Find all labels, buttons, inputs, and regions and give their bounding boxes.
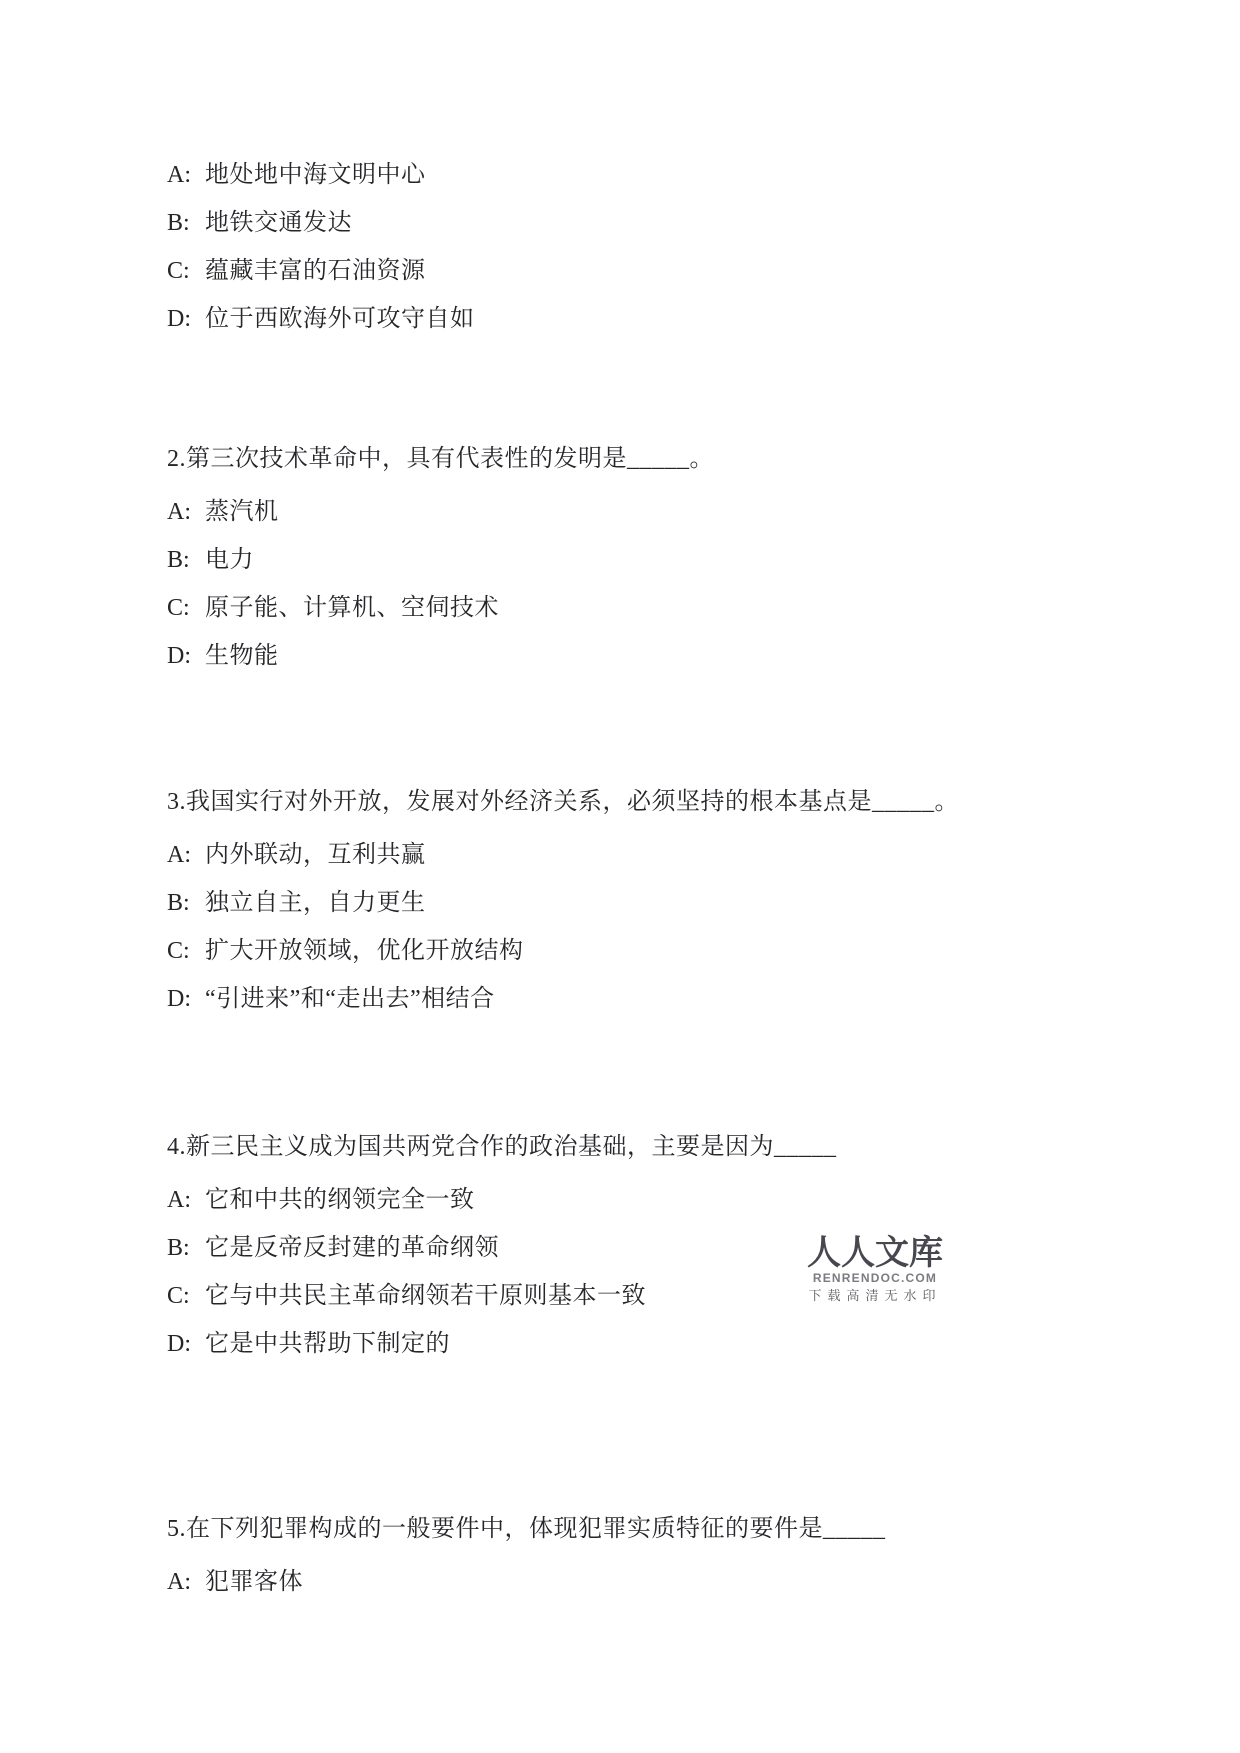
answer-option: C:扩大开放领域，优化开放结构 xyxy=(167,927,1200,975)
option-text: 它是中共帮助下制定的 xyxy=(205,1331,450,1357)
answer-option: D:“引进来”和“走出去”相结合 xyxy=(167,975,1200,1023)
option-letter: A: xyxy=(167,151,205,199)
option-letter: D: xyxy=(167,295,205,343)
question-stem: 2.第三次技术革命中，具有代表性的发明是_____。 xyxy=(167,435,1200,483)
question-stem: 3.我国实行对外开放，发展对外经济关系，必须坚持的根本基点是_____。 xyxy=(167,778,1200,826)
option-text: 蒸汽机 xyxy=(205,499,279,525)
option-letter: A: xyxy=(167,1176,205,1224)
option-text: 扩大开放领域，优化开放结构 xyxy=(205,938,524,964)
option-letter: D: xyxy=(167,632,205,680)
option-text: 它和中共的纲领完全一致 xyxy=(205,1187,475,1213)
answer-option: A:它和中共的纲领完全一致 xyxy=(167,1176,1200,1224)
answer-option: A:地处地中海文明中心 xyxy=(167,151,1200,199)
option-text: 犯罪客体 xyxy=(205,1569,303,1595)
answer-option: B:它是反帝反封建的革命纲领 xyxy=(167,1224,1200,1272)
option-letter: D: xyxy=(167,975,205,1023)
option-text: 原子能、计算机、空伺技术 xyxy=(205,595,499,621)
option-letter: B: xyxy=(167,536,205,584)
option-letter: C: xyxy=(167,1272,205,1320)
question-block: A:地处地中海文明中心B:地铁交通发达C:蕴藏丰富的石油资源D:位于西欧海外可攻… xyxy=(167,151,1200,343)
option-letter: C: xyxy=(167,927,205,975)
watermark-tagline-text: 下载高清无水印 xyxy=(804,1289,946,1302)
answer-option: D:生物能 xyxy=(167,632,1200,680)
option-letter: B: xyxy=(167,1224,205,1272)
option-letter: A: xyxy=(167,1558,205,1606)
answer-option: A:内外联动，互利共赢 xyxy=(167,831,1200,879)
option-text: 它与中共民主革命纲领若干原则基本一致 xyxy=(205,1283,646,1309)
answer-option: A:犯罪客体 xyxy=(167,1558,1200,1606)
answer-option: D:位于西欧海外可攻守自如 xyxy=(167,295,1200,343)
option-text: 地铁交通发达 xyxy=(205,210,352,236)
answer-option: B:电力 xyxy=(167,536,1200,584)
option-text: 电力 xyxy=(205,547,254,573)
answer-option: C:蕴藏丰富的石油资源 xyxy=(167,247,1200,295)
option-letter: A: xyxy=(167,831,205,879)
renrendoc-watermark: 人人文库 RENRENDOC.COM 下载高清无水印 xyxy=(804,1236,946,1302)
option-text: 独立自主，自力更生 xyxy=(205,890,426,916)
answer-option: A:蒸汽机 xyxy=(167,488,1200,536)
answer-option: C:原子能、计算机、空伺技术 xyxy=(167,584,1200,632)
question-block: 5.在下列犯罪构成的一般要件中，体现犯罪实质特征的要件是_____A:犯罪客体 xyxy=(167,1505,1200,1606)
option-letter: A: xyxy=(167,488,205,536)
option-text: 位于西欧海外可攻守自如 xyxy=(205,306,475,332)
exam-document-page: A:地处地中海文明中心B:地铁交通发达C:蕴藏丰富的石油资源D:位于西欧海外可攻… xyxy=(0,0,1240,1753)
question-block: 3.我国实行对外开放，发展对外经济关系，必须坚持的根本基点是_____。A:内外… xyxy=(167,778,1200,1023)
option-text: “引进来”和“走出去”相结合 xyxy=(205,986,495,1012)
option-letter: D: xyxy=(167,1320,205,1368)
question-block: 4.新三民主义成为国共两党合作的政治基础，主要是因为_____A:它和中共的纲领… xyxy=(167,1123,1200,1368)
answer-option: B:独立自主，自力更生 xyxy=(167,879,1200,927)
option-text: 生物能 xyxy=(205,643,279,669)
answer-option: C:它与中共民主革命纲领若干原则基本一致 xyxy=(167,1272,1200,1320)
option-letter: C: xyxy=(167,247,205,295)
question-stem: 4.新三民主义成为国共两党合作的政治基础，主要是因为_____ xyxy=(167,1123,1200,1171)
watermark-logo-text: 人人文库 xyxy=(804,1236,946,1270)
option-letter: B: xyxy=(167,199,205,247)
option-text: 内外联动，互利共赢 xyxy=(205,842,426,868)
question-block: 2.第三次技术革命中，具有代表性的发明是_____。A:蒸汽机B:电力C:原子能… xyxy=(167,435,1200,680)
option-text: 蕴藏丰富的石油资源 xyxy=(205,258,426,284)
watermark-domain-text: RENRENDOC.COM xyxy=(804,1272,946,1284)
question-stem: 5.在下列犯罪构成的一般要件中，体现犯罪实质特征的要件是_____ xyxy=(167,1505,1200,1553)
option-text: 它是反帝反封建的革命纲领 xyxy=(205,1235,499,1261)
option-letter: B: xyxy=(167,879,205,927)
option-text: 地处地中海文明中心 xyxy=(205,162,426,188)
answer-option: D:它是中共帮助下制定的 xyxy=(167,1320,1200,1368)
option-letter: C: xyxy=(167,584,205,632)
answer-option: B:地铁交通发达 xyxy=(167,199,1200,247)
